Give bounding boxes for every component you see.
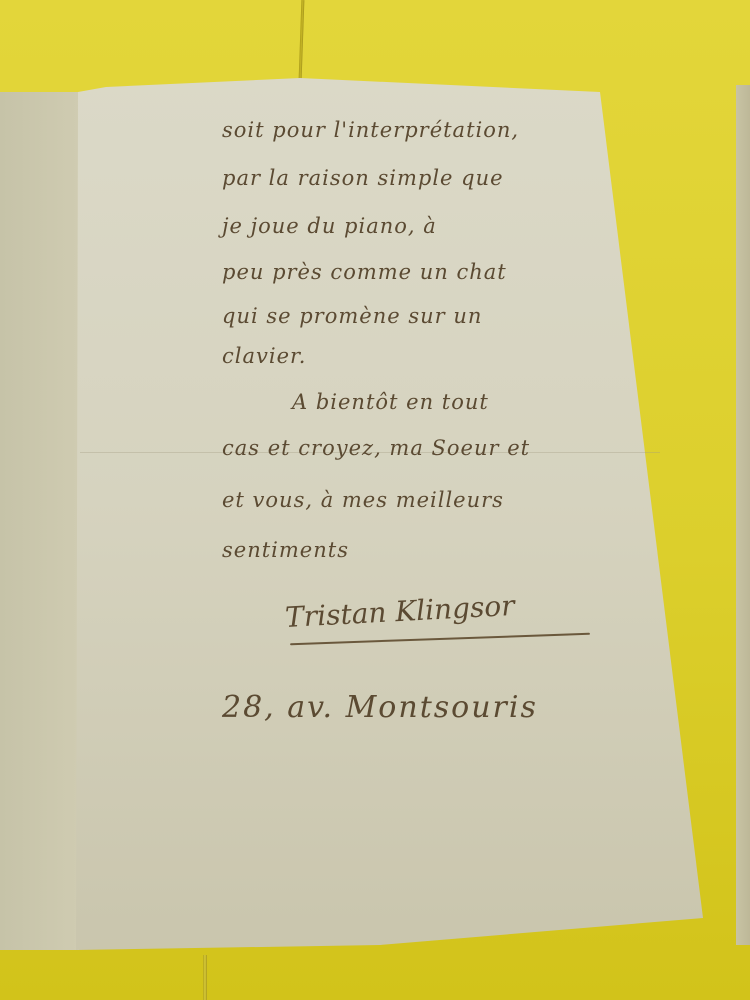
left-page-panel bbox=[0, 92, 79, 950]
letter-line: peu près comme un chat bbox=[222, 260, 507, 284]
letter-line: A bientôt en tout bbox=[292, 390, 489, 414]
letter-line: je joue du piano, à bbox=[222, 214, 437, 238]
adjacent-page-edge bbox=[736, 85, 750, 945]
letter-line: qui se promène sur un bbox=[222, 304, 482, 328]
background-crease-bottom bbox=[203, 955, 207, 1000]
letter-line: clavier. bbox=[222, 344, 306, 368]
letter-line: par la raison simple que bbox=[222, 166, 504, 190]
address-line: 28, av. Montsouris bbox=[222, 690, 538, 725]
letter-line: soit pour l'interprétation, bbox=[222, 118, 519, 142]
letter-line: et vous, à mes meilleurs bbox=[222, 488, 504, 512]
background-crease-top bbox=[299, 0, 305, 80]
letter-line: cas et croyez, ma Soeur et bbox=[222, 436, 530, 460]
letter-line: sentiments bbox=[222, 538, 349, 562]
